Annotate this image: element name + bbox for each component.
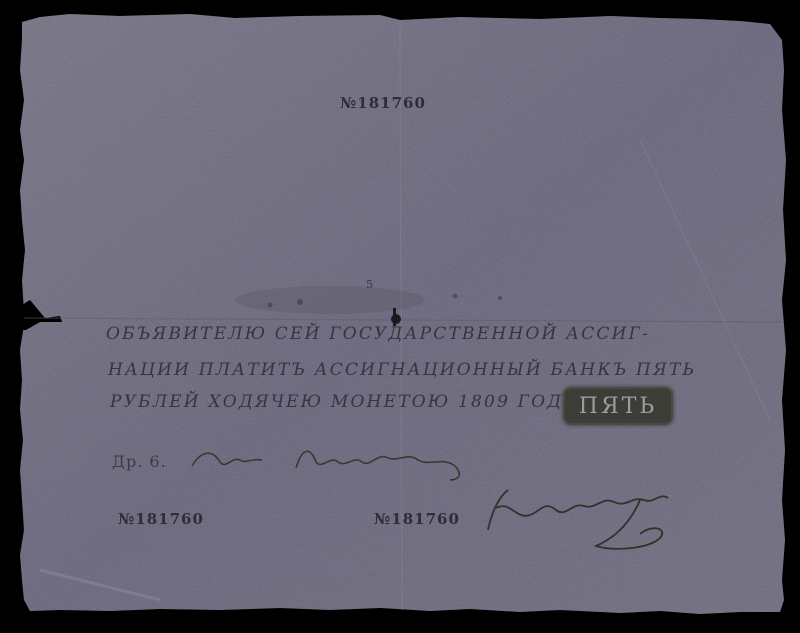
photo-stage: №181760 5 Объявителю сей государственной… <box>0 0 800 633</box>
serial-number-bottom-center: №181760 <box>374 510 460 528</box>
serial-number-top: №181760 <box>340 94 426 112</box>
text-line-2: нации платитъ ассигнационный банкъ пять <box>108 360 696 380</box>
banknote-paper: №181760 5 Объявителю сей государственной… <box>0 0 800 633</box>
small-denomination-mark: 5 <box>366 278 374 291</box>
text-line-3: рублей ходячею монетою 1809 года. <box>110 392 586 412</box>
serial-number-bottom-left: №181760 <box>118 510 204 528</box>
text-line-1: Объявителю сей государственной ассиг- <box>106 324 650 344</box>
denomination-word: Пять <box>579 394 657 419</box>
denomination-box: Пять <box>565 389 671 423</box>
signature-prefix: Др. 6. <box>112 452 167 471</box>
